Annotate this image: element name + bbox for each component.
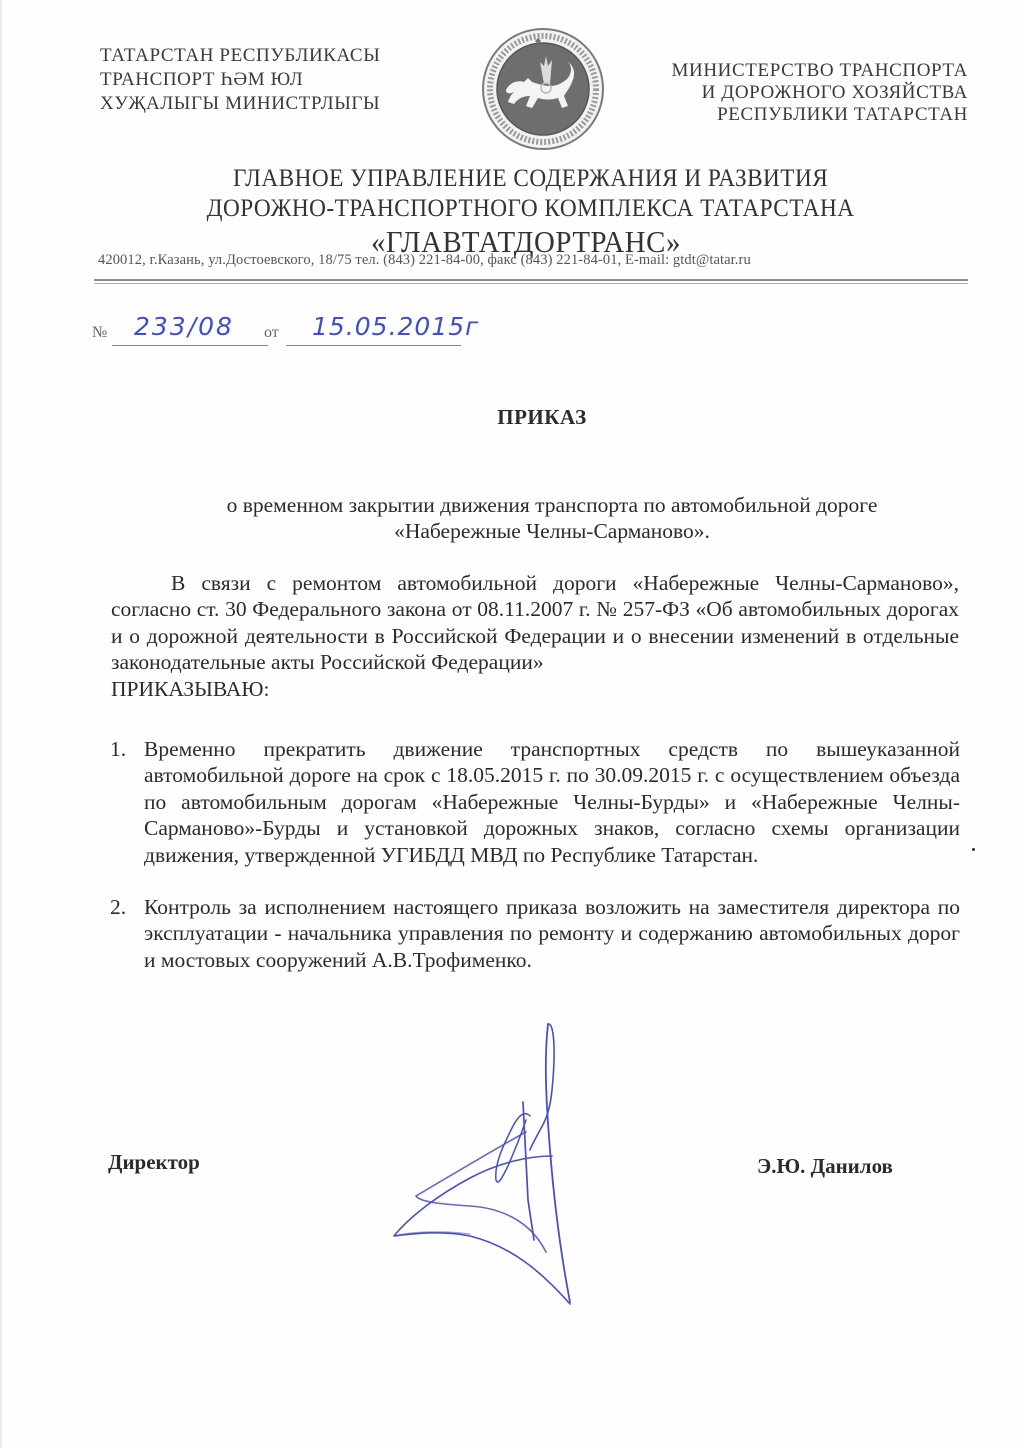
- letterhead-left-line: ТАТАРСТАН РЕСПУБЛИКАСЫ: [100, 44, 380, 68]
- letterhead-left-line: ХУҖАЛЫГЫ МИНИСТРЛЫГЫ: [100, 92, 380, 116]
- document-title: ПРИКАЗ: [0, 405, 1024, 430]
- signatory-role: Директор: [108, 1150, 200, 1175]
- organization-name: ГЛАВНОЕ УПРАВЛЕНИЕ СОДЕРЖАНИЯ И РАЗВИТИЯ…: [0, 164, 1024, 260]
- number-underline: [112, 345, 268, 346]
- document-page: ТАТАРСТАН РЕСПУБЛИКАСЫ ТРАНСПОРТ ҺӘМ ЮЛ …: [0, 0, 1024, 1448]
- letterhead-right-line: МИНИСТЕРСТВО ТРАНСПОРТА: [672, 60, 968, 82]
- org-name-line2: ДОРОЖНО-ТРАНСПОРТНОГО КОМПЛЕКСА ТАТАРСТА…: [36, 194, 988, 224]
- signatory-name: Э.Ю. Данилов: [757, 1154, 893, 1179]
- item-number: 2.: [110, 894, 126, 920]
- handwritten-number: 233/08: [134, 312, 234, 341]
- letterhead-right-line: И ДОРОЖНОГО ХОЗЯЙСТВА: [672, 82, 968, 104]
- letterhead-russian-ministry: МИНИСТЕРСТВО ТРАНСПОРТА И ДОРОЖНОГО ХОЗЯ…: [672, 60, 968, 126]
- subject-line2: «Набережные Челны-Сарманово».: [80, 518, 1024, 544]
- date-label: от: [264, 324, 279, 342]
- letterhead-left-line: ТРАНСПОРТ ҺӘМ ЮЛ: [100, 68, 380, 92]
- order-items: 1. Временно прекратить движение транспор…: [108, 736, 960, 973]
- preamble: В связи с ремонтом автомобильной дороги …: [111, 570, 959, 702]
- document-subject: о временном закрытии движения транспорта…: [0, 492, 1024, 544]
- tatarstan-coat-of-arms-icon: [478, 26, 608, 152]
- number-label: №: [92, 324, 107, 342]
- handwritten-date: 15.05.2015г: [312, 312, 479, 341]
- letterhead-right-line: РЕСПУБЛИКИ ТАТАРСТАН: [672, 104, 968, 126]
- order-word: ПРИКАЗЫВАЮ:: [111, 677, 269, 701]
- item-text: Временно прекратить движение транспортны…: [144, 737, 960, 867]
- scan-artifact: [972, 848, 975, 851]
- item-text: Контроль за исполнением настоящего прика…: [144, 895, 960, 972]
- org-name-line1: ГЛАВНОЕ УПРАВЛЕНИЕ СОДЕРЖАНИЯ И РАЗВИТИЯ: [36, 164, 988, 194]
- order-item: 2. Контроль за исполнением настоящего пр…: [108, 894, 960, 973]
- handwritten-signature-icon: [380, 1020, 620, 1320]
- registration-line: № 233/08 от 15.05.2015г: [92, 318, 512, 354]
- order-item: 1. Временно прекратить движение транспор…: [108, 736, 960, 868]
- date-underline: [286, 345, 461, 346]
- org-contacts: 420012, г.Казань, ул.Достоевского, 18/75…: [98, 252, 968, 269]
- subject-line1: о временном закрытии движения транспорта…: [80, 492, 1024, 518]
- item-number: 1.: [110, 736, 126, 762]
- preamble-text: В связи с ремонтом автомобильной дороги …: [111, 571, 959, 674]
- letterhead-divider: [94, 279, 968, 284]
- letterhead-tatar-ministry: ТАТАРСТАН РЕСПУБЛИКАСЫ ТРАНСПОРТ ҺӘМ ЮЛ …: [100, 44, 380, 116]
